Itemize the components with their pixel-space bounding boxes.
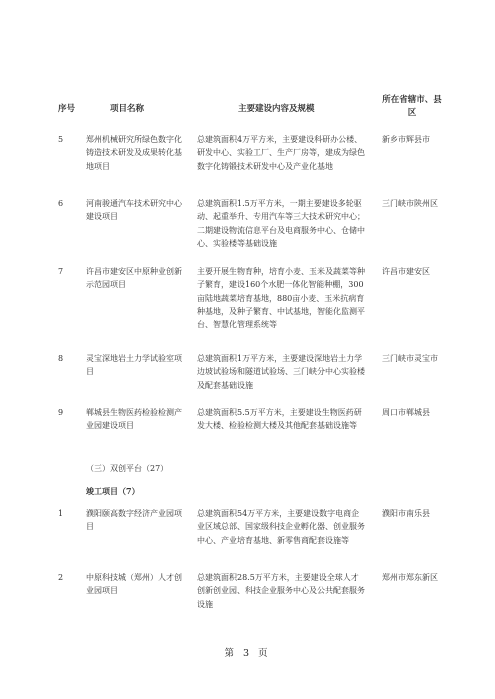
subsection-title: 竣工项目（7） (86, 486, 140, 497)
row-name: 郑州机械研究所绿色数字化铸造技术研发及成果转化基地项目 (86, 133, 186, 173)
row-no: 1 (58, 507, 63, 520)
row-content: 总建筑面积54万平方米，主要建设数字电商企业区域总部、国家级科技企业孵化器、创业… (197, 507, 365, 547)
row-name: 郸城县生物医药检验检测产业园建设项目 (86, 406, 186, 433)
row-content: 总建筑面积4万平方米，主要建设科研办公楼、研发中心、实验工厂、生产厂房等，建成为… (197, 133, 365, 173)
row-name: 许昌市建安区中原种业创新示范园项目 (86, 265, 186, 292)
row-no: 7 (58, 265, 63, 278)
row-no: 5 (58, 133, 63, 146)
row-content: 主要开展生物育种，培育小麦、玉米及蔬菜等种子繁育，建设160个水肥一体化智能种棚… (197, 265, 365, 331)
row-content: 总建筑面积28.5万平方米，主要建设全球人才创新创业园、科技企业服务中心及公共配… (197, 571, 365, 611)
page-number: 第 3 页 (0, 645, 495, 659)
row-location: 濮阳市南乐县 (382, 507, 444, 520)
row-name: 濮阳颐高数字经济产业园项目 (86, 507, 186, 534)
row-location: 三门峡市陕州区 (382, 197, 444, 210)
row-name: 河南骏通汽车技术研究中心建设项目 (86, 197, 186, 224)
row-no: 6 (58, 197, 63, 210)
row-name: 灵宝深地岩土力学试验室项目 (86, 352, 186, 379)
header-name: 项目名称 (110, 102, 144, 114)
row-location: 周口市郸城县 (382, 406, 444, 419)
header-content: 主要建设内容及规模 (238, 102, 315, 114)
document-page: 序号 项目名称 主要建设内容及规模 所在省辖市、县区 5 郑州机械研究所绿色数字… (0, 0, 495, 699)
row-no: 2 (58, 571, 63, 584)
header-location: 所在省辖市、县区 (382, 94, 442, 120)
row-location: 三门峡市灵宝市 (382, 352, 444, 365)
row-content: 总建筑面积1.5万平方米，一期主要建设多轮驱动、起重举升、专用汽车等三大技术研究… (197, 197, 365, 250)
row-location: 郑州市郑东新区 (382, 571, 444, 584)
row-content: 总建筑面积1万平方米，主要建设深地岩土力学边坡试验场和隧道试验场、三门峡分中心实… (197, 352, 365, 392)
row-name: 中原科技城（郑州）人才创业园项目 (86, 571, 186, 598)
row-location: 许昌市建安区 (382, 265, 444, 278)
row-content: 总建筑面积5.5万平方米，主要建设生物医药研发大楼、检验检测大楼及其他配套基础设… (197, 406, 365, 433)
section-title: （三）双创平台（27） (86, 463, 168, 474)
row-location: 新乡市辉县市 (382, 133, 444, 146)
row-no: 8 (58, 352, 63, 365)
row-no: 9 (58, 406, 63, 419)
header-no: 序号 (58, 102, 75, 114)
